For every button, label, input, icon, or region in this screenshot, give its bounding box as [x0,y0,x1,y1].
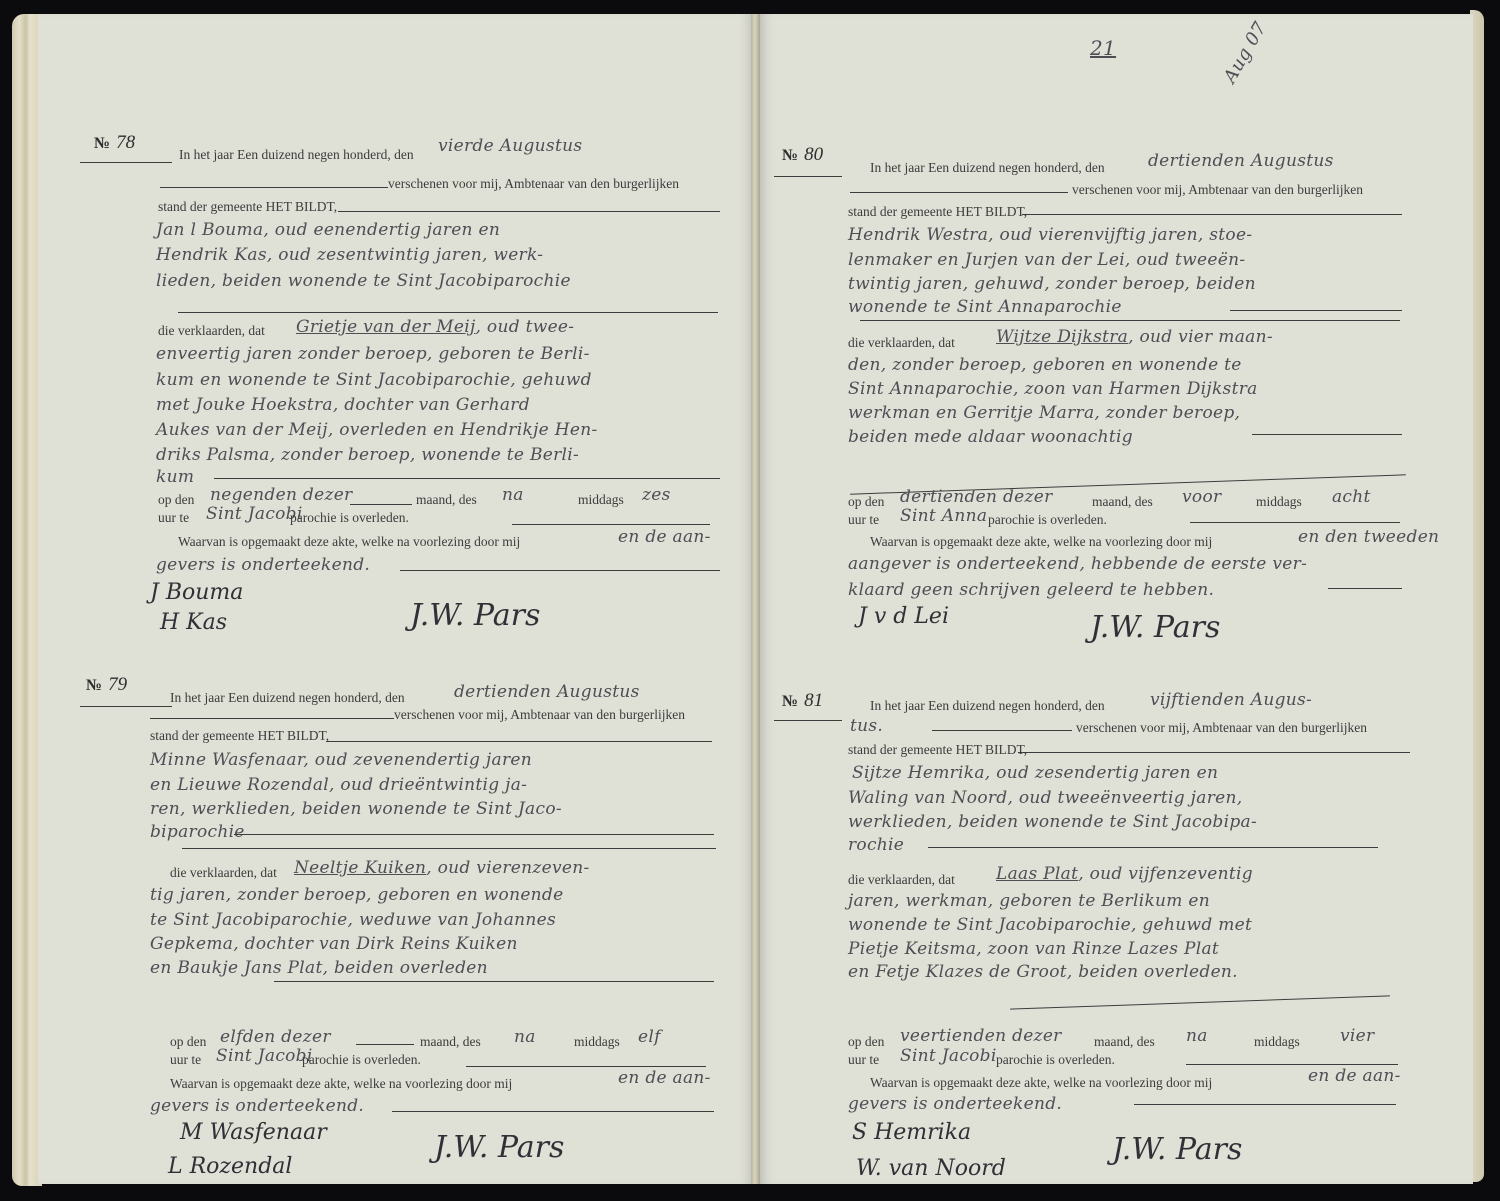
record-number: №78 [94,132,135,154]
record-number: №79 [86,674,127,696]
deceased-line-5: Aukes van der Meij, overleden en Hendrik… [156,420,598,440]
deceased-line-3: kum en wonende te Sint Jacobiparochie, g… [156,370,592,390]
handwritten-date: vijftienden Augus- [1150,690,1312,710]
signature-witness: J v d Lei [858,604,949,629]
signature-registrar: J.W. Pars [1112,1132,1242,1167]
deceased-name: Wijtze Dijkstra [996,327,1128,347]
page-number: 21 [1090,36,1116,60]
signature-registrar: J.W. Pars [434,1130,564,1165]
signature-witness-1: M Wasfenaar [180,1120,327,1145]
left-page: №78 In het jaar Een duizend negen honder… [38,14,753,1184]
voor-na: na [502,485,524,505]
form-intro: In het jaar Een duizend negen honderd, d… [179,147,414,163]
record-number: №81 [782,690,823,712]
deceased-name: Grietje van der Meij [296,317,476,337]
deceased-line-4: met Jouke Hoekstra, dochter van Gerhard [156,395,530,415]
signature-witness-1: J Bouma [150,580,243,605]
signature-witness-2: L Rozendal [168,1154,292,1179]
form-appeared: verschenen voor mij, Ambtenaar van den b… [388,176,679,192]
deceased-line-2: enveertig jaren zonder beroep, geboren t… [156,344,590,364]
signature-witness-1: S Hemrika [852,1120,971,1145]
signature-witness-2: H Kas [160,610,227,635]
deceased-line-6: driks Palsma, zonder beroep, wonende te … [156,445,579,465]
book-gutter [751,14,760,1184]
handwritten-date: dertienden Augustus [454,682,640,702]
deceased-name: Laas Plat [996,864,1078,884]
deceased-line-1: Grietje van der Meij, oud twee- [296,317,574,337]
form-stand: stand der gemeente HET BILDT, [158,199,337,215]
witness-line-1: Jan l Bouma, oud eenendertig jaren en [156,220,500,240]
page-annotation: Aug 07 [1220,18,1271,86]
signature-witness-2: W. van Noord [856,1156,1006,1181]
death-day: negenden dezer [210,485,352,505]
death-day: dertienden dezer [900,487,1053,507]
handwritten-date: vierde Augustus [438,136,582,156]
form-declared: die verklaarden, dat [158,323,265,339]
witness-line-2: Hendrik Kas, oud zesentwintig jaren, wer… [156,245,543,265]
deceased-name: Neeltje Kuiken [294,858,426,878]
signature-registrar: J.W. Pars [1090,610,1220,645]
deceased-line-7: kum [156,467,194,487]
record-number: №80 [782,144,823,166]
death-day: elfden dezer [220,1027,331,1047]
death-place: Sint Jacobi [206,504,303,524]
witness-line-3: lieden, beiden wonende te Sint Jacobipar… [156,271,571,291]
right-page: 21 Aug 07 №80 In het jaar Een duizend ne… [760,14,1473,1184]
death-hour: zes [642,485,671,505]
death-day: veertienden dezer [900,1026,1062,1046]
signature-registrar: J.W. Pars [410,598,540,633]
handwritten-date: dertienden Augustus [1148,151,1334,171]
